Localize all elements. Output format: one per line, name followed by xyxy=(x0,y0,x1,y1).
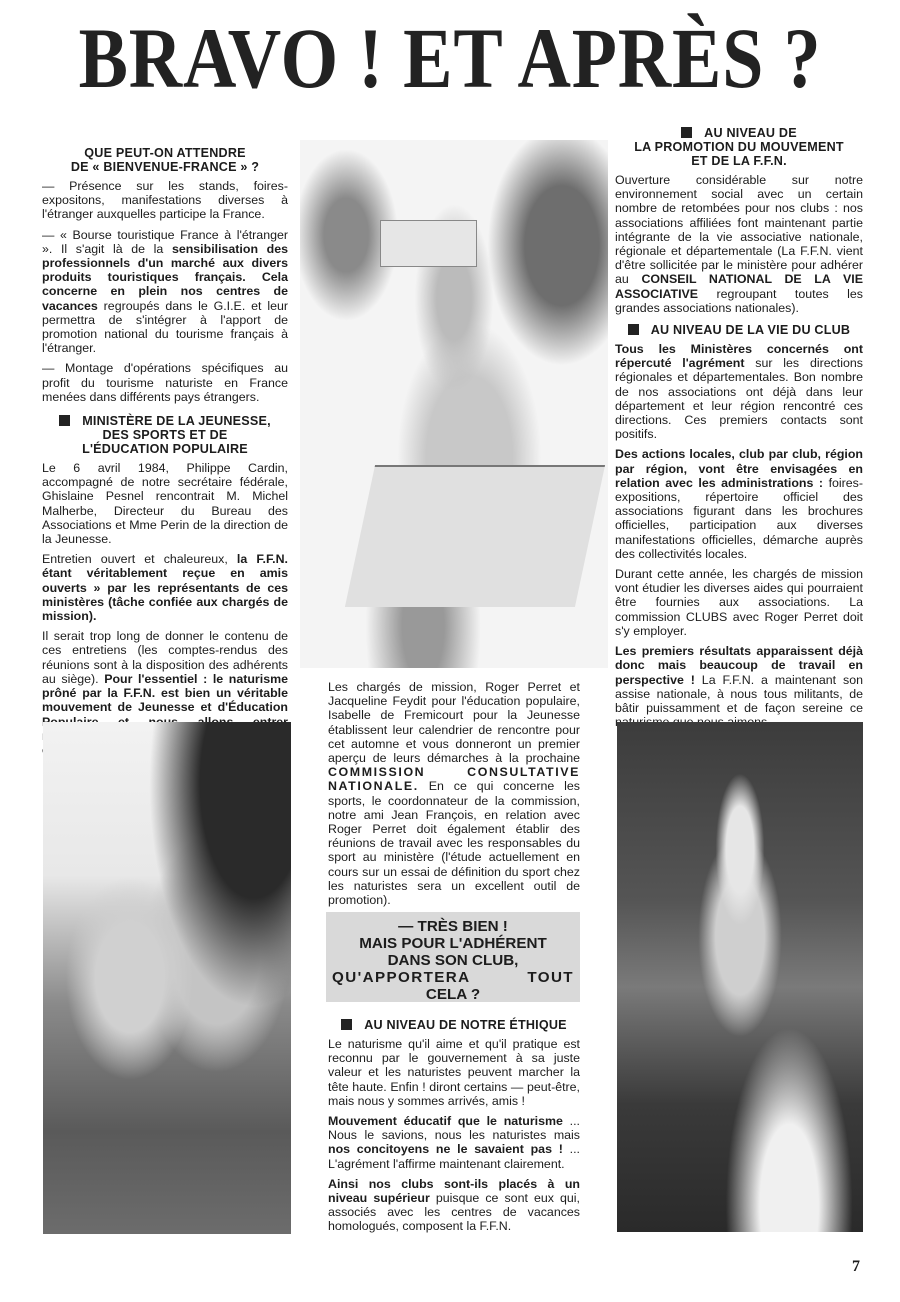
paragraph: Tous les Ministères concernés ont réperc… xyxy=(615,342,863,441)
paragraph: — Présence sur les stands, foires-exposi… xyxy=(42,179,288,222)
paragraph: Les premiers résultats apparaissent déjà… xyxy=(615,644,863,729)
page-title: BRAVO ! ET APRÈS ? xyxy=(63,8,837,108)
section-heading-promotion: AU NIVEAU DE LA PROMOTION DU MOUVEMENT E… xyxy=(615,126,863,168)
square-bullet-icon xyxy=(681,127,692,138)
square-bullet-icon xyxy=(628,324,639,335)
section-heading-ministere: MINISTÈRE DE LA JEUNESSE, DES SPORTS ET … xyxy=(42,414,288,456)
right-column: AU NIVEAU DE LA PROMOTION DU MOUVEMENT E… xyxy=(615,126,863,756)
callout-box: — TRÈS BIEN ! MAIS POUR L'ADHÉRENT DANS … xyxy=(326,912,580,1002)
paragraph: Durant cette année, les chargés de missi… xyxy=(615,567,863,638)
middle-column-ethique: AU NIVEAU DE NOTRE ÉTHIQUE Le naturisme … xyxy=(328,1018,580,1240)
photo-girl-on-tree-trunk xyxy=(617,722,863,1232)
paragraph: Entretien ouvert et chaleureux, la F.F.N… xyxy=(42,552,288,623)
paragraph: Ouverture considérable sur notre environ… xyxy=(615,173,863,315)
section-heading-vie-du-club: AU NIVEAU DE LA VIE DU CLUB xyxy=(615,323,863,337)
paragraph: Ainsi nos clubs sont-ils placés à un niv… xyxy=(328,1177,580,1234)
page-number: 7 xyxy=(852,1258,860,1276)
paragraph: Des actions locales, club par club, régi… xyxy=(615,447,863,561)
left-column: QUE PEUT-ON ATTENDRE DE « BIENVENUE-FRAN… xyxy=(42,146,288,763)
paragraph: — Montage d'opérations spécifiques au pr… xyxy=(42,361,288,404)
square-bullet-icon xyxy=(59,415,70,426)
paragraph: Mouvement éducatif que le naturisme ... … xyxy=(328,1114,580,1171)
middle-column: Les chargés de mission, Roger Perret et … xyxy=(328,680,580,913)
section-heading-bienvenue-france: QUE PEUT-ON ATTENDRE DE « BIENVENUE-FRAN… xyxy=(42,146,288,174)
paragraph: Le 6 avril 1984, Philippe Cardin, accomp… xyxy=(42,461,288,546)
manor-house-drawing xyxy=(380,220,477,267)
paragraph: — « Bourse touristique France à l'étrang… xyxy=(42,228,288,356)
photo-children-with-ball xyxy=(43,722,291,1234)
illustration-image xyxy=(300,140,608,668)
section-heading-ethique: AU NIVEAU DE NOTRE ÉTHIQUE xyxy=(328,1018,580,1032)
paragraph: Le naturisme qu'il aime et qu'il pratiqu… xyxy=(328,1037,580,1108)
pool-drawing xyxy=(345,465,605,607)
square-bullet-icon xyxy=(341,1019,352,1030)
paragraph: Les chargés de mission, Roger Perret et … xyxy=(328,680,580,907)
